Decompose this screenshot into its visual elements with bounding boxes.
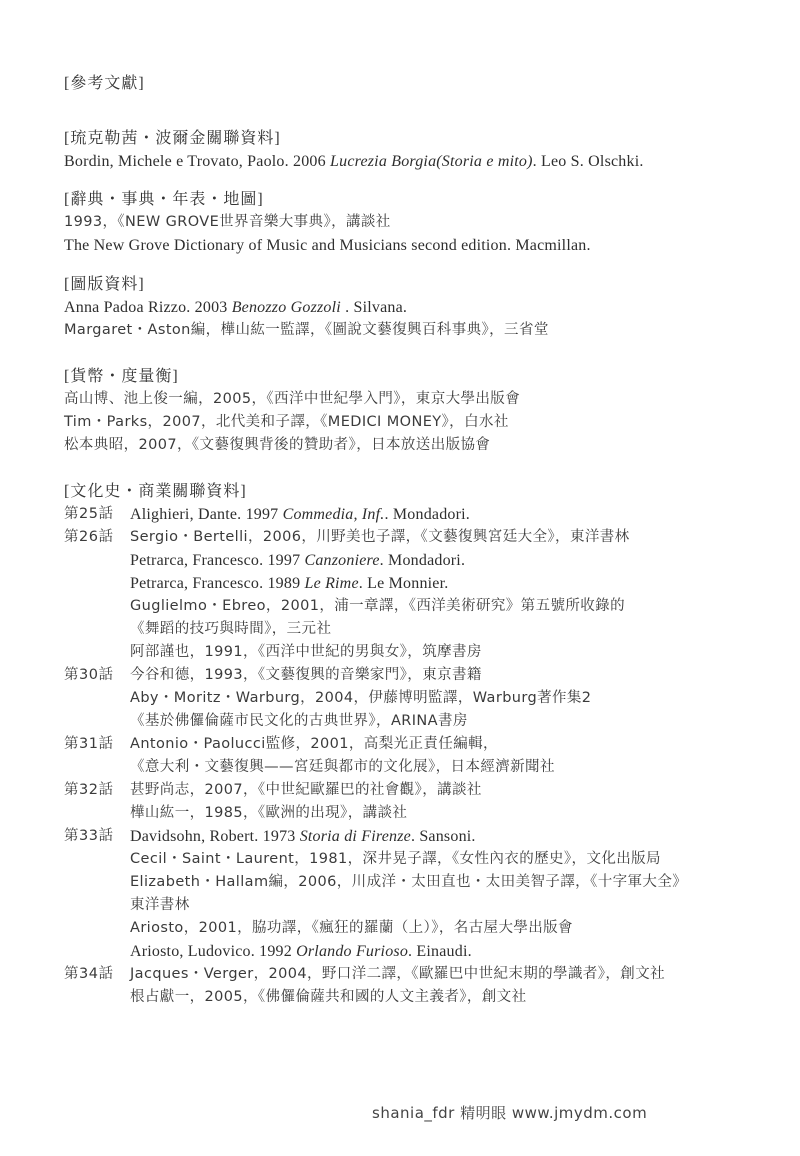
- reference-entry: 高山博、池上俊一編，2005，《西洋中世紀學入門》，東京大學出版會: [64, 388, 760, 411]
- title-italic-text: Orlando Furioso: [296, 943, 408, 960]
- reference-entry: 第25話Alighieri, Dante. 1997 Commedia, Inf…: [64, 503, 760, 526]
- citation-text: Jacques・Verger，2004，野口洋二譯，《歐羅巴中世紀末期的學識者》…: [130, 966, 665, 982]
- citation-text: Ariosto，2001，脇功譯，《瘋狂的羅蘭（上）》，名古屋大學出版會: [130, 920, 573, 936]
- reference-entry: 東洋書林: [64, 894, 760, 917]
- reference-line: Bordin, Michele e Trovato, Paolo. 2006 L…: [64, 150, 644, 173]
- reference-entry: 1993，《NEW GROVE世界音樂大事典》，講談社: [64, 211, 760, 234]
- episode-label: 第34話: [64, 963, 130, 986]
- reference-line: 松本典昭，2007，《文藝復興背後的贊助者》，日本放送出版協會: [64, 434, 490, 457]
- citation-text: Cecil・Saint・Laurent，1981，深井晃子譯，《女性內衣的歷史》…: [130, 851, 661, 867]
- episode-label: 第25話: [64, 503, 130, 526]
- reference-entry: Tim・Parks，2007，北代美和子譯，《MEDICI MONEY》，白水社: [64, 411, 760, 434]
- reference-sections: [琉克勒茜・波爾金關聯資料]Bordin, Michele e Trovato,…: [64, 127, 760, 1009]
- reference-line: Ariosto，2001，脇功譯，《瘋狂的羅蘭（上）》，名古屋大學出版會: [130, 917, 573, 940]
- reference-entry: 第31話Antonio・Paolucci監修，2001，高梨光正責任編輯，: [64, 733, 760, 756]
- citation-text: Aby・Moritz・Warburg，2004，伊藤博明監譯，Warburg著作…: [130, 690, 591, 706]
- citation-text: . Mondadori.: [384, 506, 470, 523]
- reference-line: Petrarca, Francesco. 1989 Le Rime. Le Mo…: [130, 572, 448, 595]
- reference-line: 高山博、池上俊一編，2005，《西洋中世紀學入門》，東京大學出版會: [64, 388, 520, 411]
- citation-text: Guglielmo・Ebreo，2001，浦一章譯，《西洋美術研究》第五號所收錄…: [130, 598, 625, 614]
- citation-text: 松本典昭，2007，《文藝復興背後的贊助者》，日本放送出版協會: [64, 437, 490, 453]
- reference-line: Guglielmo・Ebreo，2001，浦一章譯，《西洋美術研究》第五號所收錄…: [130, 595, 625, 618]
- reference-line: 東洋書林: [130, 894, 190, 917]
- citation-text: Elizabeth・Hallam編，2006，川成洋・太田直也・太田美智子譯，《…: [130, 874, 687, 890]
- title-italic-text: Lucrezia Borgia(Storia e mito): [330, 153, 533, 170]
- citation-text: The New Grove Dictionary of Music and Mu…: [64, 237, 591, 254]
- reference-entry: Petrarca, Francesco. 1989 Le Rime. Le Mo…: [64, 572, 760, 595]
- reference-line: Cecil・Saint・Laurent，1981，深井晃子譯，《女性內衣的歷史》…: [130, 848, 661, 871]
- page-title: [參考文獻]: [64, 72, 760, 95]
- reference-entry: 根占獻一，2005，《佛儸倫薩共和國的人文主義者》，創文社: [64, 986, 760, 1009]
- reference-entry: Elizabeth・Hallam編，2006，川成洋・太田直也・太田美智子譯，《…: [64, 871, 760, 894]
- citation-text: . Einaudi.: [408, 943, 472, 960]
- reference-line: 甚野尚志，2007，《中世紀歐羅巴的社會觀》，講談社: [130, 779, 482, 802]
- citation-text: Alighieri, Dante. 1997: [130, 506, 283, 523]
- citation-text: 根占獻一，2005，《佛儸倫薩共和國的人文主義者》，創文社: [130, 989, 527, 1005]
- reference-entry: 第26話Sergio・Bertelli，2006，川野美也子譯，《文藝復興宮廷大…: [64, 526, 760, 549]
- citation-text: Antonio・Paolucci監修，2001，高梨光正責任編輯，: [130, 736, 498, 752]
- section-header: [辭典・事典・年表・地圖]: [64, 188, 760, 211]
- reference-entry: The New Grove Dictionary of Music and Mu…: [64, 234, 760, 257]
- bibliography-page: [參考文獻] [琉克勒茜・波爾金關聯資料]Bordin, Michele e T…: [0, 0, 800, 1156]
- title-italic-text: Le Rime: [304, 575, 358, 592]
- citation-text: Sergio・Bertelli，2006，川野美也子譯，《文藝復興宮廷大全》，東…: [130, 529, 630, 545]
- citation-text: . Le Monnier.: [359, 575, 449, 592]
- title-italic-text: Benozzo Gozzoli: [232, 299, 341, 316]
- citation-text: 高山博、池上俊一編，2005，《西洋中世紀學入門》，東京大學出版會: [64, 391, 520, 407]
- reference-section: [貨幣・度量衡]高山博、池上俊一編，2005，《西洋中世紀學入門》，東京大學出版…: [64, 365, 760, 457]
- citation-text: . Mondadori.: [380, 552, 466, 569]
- citation-text: 今谷和德，1993，《文藝復興的音樂家門》，東京書籍: [130, 667, 482, 683]
- citation-text: Petrarca, Francesco. 1989: [130, 575, 304, 592]
- reference-line: Ariosto, Ludovico. 1992 Orlando Furioso.…: [130, 940, 472, 963]
- reference-entry: Aby・Moritz・Warburg，2004，伊藤博明監譯，Warburg著作…: [64, 687, 760, 710]
- citation-text: Margaret・Aston編，樺山紘一監譯，《圖說文藝復興百科事典》，三省堂: [64, 322, 549, 338]
- reference-line: Elizabeth・Hallam編，2006，川成洋・太田直也・太田美智子譯，《…: [130, 871, 687, 894]
- reference-entry: Cecil・Saint・Laurent，1981，深井晃子譯，《女性內衣的歷史》…: [64, 848, 760, 871]
- watermark: shania_fdr 精明眼 www.jmydm.com: [372, 1103, 647, 1123]
- reference-entry: 《舞蹈的技巧與時間》，三元社: [64, 618, 760, 641]
- citation-text: 《舞蹈的技巧與時間》，三元社: [130, 621, 331, 637]
- section-header: [圖版資料]: [64, 273, 760, 296]
- reference-line: 阿部謹也，1991，《西洋中世紀的男與女》，筑摩書房: [130, 641, 482, 664]
- reference-entry: 樺山紘一，1985，《歐洲的出現》，講談社: [64, 802, 760, 825]
- episode-label: 第30話: [64, 664, 130, 687]
- reference-entry: Guglielmo・Ebreo，2001，浦一章譯，《西洋美術研究》第五號所收錄…: [64, 595, 760, 618]
- reference-section: [辭典・事典・年表・地圖]1993，《NEW GROVE世界音樂大事典》，講談社…: [64, 188, 760, 257]
- reference-entry: 阿部謹也，1991，《西洋中世紀的男與女》，筑摩書房: [64, 641, 760, 664]
- reference-line: 樺山紘一，1985，《歐洲的出現》，講談社: [130, 802, 407, 825]
- reference-line: The New Grove Dictionary of Music and Mu…: [64, 234, 591, 257]
- reference-section: [文化史・商業關聯資料]第25話Alighieri, Dante. 1997 C…: [64, 480, 760, 1009]
- reference-entry: 第30話今谷和德，1993，《文藝復興的音樂家門》，東京書籍: [64, 664, 760, 687]
- citation-text: Anna Padoa Rizzo. 2003: [64, 299, 232, 316]
- reference-section: [琉克勒茜・波爾金關聯資料]Bordin, Michele e Trovato,…: [64, 127, 760, 173]
- section-header: [琉克勒茜・波爾金關聯資料]: [64, 127, 760, 150]
- reference-line: Sergio・Bertelli，2006，川野美也子譯，《文藝復興宮廷大全》，東…: [130, 526, 630, 549]
- reference-line: Jacques・Verger，2004，野口洋二譯，《歐羅巴中世紀末期的學識者》…: [130, 963, 665, 986]
- reference-line: Aby・Moritz・Warburg，2004，伊藤博明監譯，Warburg著作…: [130, 687, 591, 710]
- episode-label: 第26話: [64, 526, 130, 549]
- reference-line: Margaret・Aston編，樺山紘一監譯，《圖說文藝復興百科事典》，三省堂: [64, 319, 549, 342]
- citation-text: 甚野尚志，2007，《中世紀歐羅巴的社會觀》，講談社: [130, 782, 482, 798]
- title-italic-text: Canzoniere: [304, 552, 379, 569]
- reference-section: [圖版資料]Anna Padoa Rizzo. 2003 Benozzo Goz…: [64, 273, 760, 342]
- citation-text: Ariosto, Ludovico. 1992: [130, 943, 296, 960]
- citation-text: 樺山紘一，1985，《歐洲的出現》，講談社: [130, 805, 407, 821]
- citation-text: . Leo S. Olschki.: [533, 153, 644, 170]
- citation-text: 《意大利・文藝復興——宮廷與都市的文化展》，日本經濟新聞社: [130, 759, 555, 775]
- reference-entry: Ariosto, Ludovico. 1992 Orlando Furioso.…: [64, 940, 760, 963]
- citation-text: . Sansoni.: [411, 828, 476, 845]
- reference-entry: Margaret・Aston編，樺山紘一監譯，《圖說文藝復興百科事典》，三省堂: [64, 319, 760, 342]
- reference-line: 《基於佛儸倫薩市民文化的古典世界》，ARINA書房: [130, 710, 468, 733]
- reference-entry: Anna Padoa Rizzo. 2003 Benozzo Gozzoli .…: [64, 296, 760, 319]
- reference-entry: 《基於佛儸倫薩市民文化的古典世界》，ARINA書房: [64, 710, 760, 733]
- section-header: [貨幣・度量衡]: [64, 365, 760, 388]
- citation-text: Bordin, Michele e Trovato, Paolo. 2006: [64, 153, 330, 170]
- reference-entry: 《意大利・文藝復興——宮廷與都市的文化展》，日本經濟新聞社: [64, 756, 760, 779]
- reference-entry: 第34話Jacques・Verger，2004，野口洋二譯，《歐羅巴中世紀末期的…: [64, 963, 760, 986]
- reference-line: 根占獻一，2005，《佛儸倫薩共和國的人文主義者》，創文社: [130, 986, 527, 1009]
- reference-line: Davidsohn, Robert. 1973 Storia di Firenz…: [130, 825, 476, 848]
- citation-text: Davidsohn, Robert. 1973: [130, 828, 300, 845]
- episode-label: 第31話: [64, 733, 130, 756]
- reference-line: 1993，《NEW GROVE世界音樂大事典》，講談社: [64, 211, 391, 234]
- reference-line: Antonio・Paolucci監修，2001，高梨光正責任編輯，: [130, 733, 498, 756]
- episode-label: 第33話: [64, 825, 130, 848]
- title-italic-text: Commedia, Inf.: [283, 506, 385, 523]
- citation-text: Tim・Parks，2007，北代美和子譯，《MEDICI MONEY》，白水社: [64, 414, 509, 430]
- episode-label: 第32話: [64, 779, 130, 802]
- reference-entry: Ariosto，2001，脇功譯，《瘋狂的羅蘭（上）》，名古屋大學出版會: [64, 917, 760, 940]
- reference-line: 《意大利・文藝復興——宮廷與都市的文化展》，日本經濟新聞社: [130, 756, 555, 779]
- section-header: [文化史・商業關聯資料]: [64, 480, 760, 503]
- reference-line: 今谷和德，1993，《文藝復興的音樂家門》，東京書籍: [130, 664, 482, 687]
- reference-entry: Petrarca, Francesco. 1997 Canzoniere. Mo…: [64, 549, 760, 572]
- reference-line: Anna Padoa Rizzo. 2003 Benozzo Gozzoli .…: [64, 296, 407, 319]
- citation-text: 東洋書林: [130, 897, 190, 913]
- reference-entry: 松本典昭，2007，《文藝復興背後的贊助者》，日本放送出版協會: [64, 434, 760, 457]
- title-italic-text: Storia di Firenze: [300, 828, 411, 845]
- reference-line: Alighieri, Dante. 1997 Commedia, Inf.. M…: [130, 503, 470, 526]
- reference-line: Petrarca, Francesco. 1997 Canzoniere. Mo…: [130, 549, 465, 572]
- citation-text: 阿部謹也，1991，《西洋中世紀的男與女》，筑摩書房: [130, 644, 482, 660]
- reference-entry: 第32話甚野尚志，2007，《中世紀歐羅巴的社會觀》，講談社: [64, 779, 760, 802]
- citation-text: Petrarca, Francesco. 1997: [130, 552, 304, 569]
- reference-line: Tim・Parks，2007，北代美和子譯，《MEDICI MONEY》，白水社: [64, 411, 509, 434]
- reference-line: 《舞蹈的技巧與時間》，三元社: [130, 618, 331, 641]
- citation-text: 《基於佛儸倫薩市民文化的古典世界》，ARINA書房: [130, 713, 468, 729]
- reference-entry: Bordin, Michele e Trovato, Paolo. 2006 L…: [64, 150, 760, 173]
- citation-text: 1993，《NEW GROVE世界音樂大事典》，講談社: [64, 214, 391, 230]
- reference-entry: 第33話Davidsohn, Robert. 1973 Storia di Fi…: [64, 825, 760, 848]
- citation-text: . Silvana.: [341, 299, 407, 316]
